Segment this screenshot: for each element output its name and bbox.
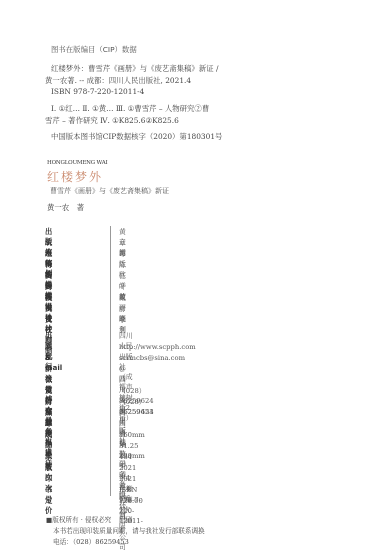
cip-line-1: 红楼梦外：曹雪芹《画册》与《废艺斋集稿》新证 / [51,63,218,74]
copyright-notice: ■版权所有 · 侵权必究 [46,514,111,524]
book-subtitle: 曹雪芹《画册》与《废艺斋集稿》新证 [50,186,169,196]
cip-number: 中国版本图书馆CIP数据核字（2020）第180301号 [51,131,222,142]
contact-phone: 电话：（028）86259453 [53,536,129,546]
cip-line-2: 黄一农著. -- 成都：四川人民出版社, 2021.4 [45,75,191,86]
book-title: 红楼梦外 [47,168,103,185]
cip-heading: 图书在版编目（CIP）数据 [51,44,137,55]
cip-line-4: Ⅰ. ①红… Ⅱ. ①黄… Ⅲ. ①曹雪芹 – 人物研究②曹 [51,103,209,114]
book-author: 黄一农 著 [47,202,84,213]
cip-line-5: 雪芹 – 著作研究 Ⅳ. ①K825.6②K825.6 [45,115,179,126]
book-pinyin: HONGLOUMENG WAI [47,160,107,166]
cip-isbn: ISBN 978-7-220-12011-4 [51,87,144,96]
divider-line [110,226,111,496]
quality-notice: 本书若出现印装质量问题，请与我社发行部联系调换 [53,525,205,535]
